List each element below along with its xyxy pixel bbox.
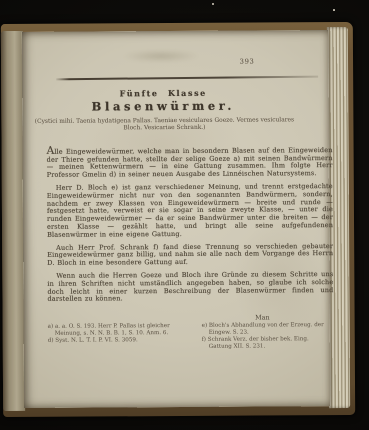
page-number: 393: [227, 57, 267, 65]
page-surface: 393 Fünfte Klasse Blasenwürmer. (Cystici…: [22, 30, 330, 408]
body-text: Alle Eingeweidewürmer, welche man in bes…: [47, 146, 334, 309]
footnote-block: a) a. a. O. S. 193. Herr P. Pallas ist g…: [48, 322, 328, 352]
synonymy-citation: (Cystici mihi. Taenia hydatigena Pallas.…: [32, 117, 296, 133]
open-book: 393 Fünfte Klasse Blasenwürmer. (Cystici…: [1, 22, 355, 417]
footnote-entry: d) Syst. N. L. T. I. P. VI. S. 3059.: [48, 337, 195, 345]
body-paragraph: Wenn auch die Herren Goeze und Bloch ihr…: [47, 271, 333, 304]
faded-ink-smudge: [122, 50, 200, 62]
book-photo-scan: 393 Fünfte Klasse Blasenwürmer. (Cystici…: [0, 0, 369, 430]
catchword: Man: [48, 313, 270, 322]
body-paragraph: Alle Eingeweidewürmer, welche man in bes…: [47, 146, 333, 180]
body-paragraph: Herr D. Bloch e) ist ganz verschiedener …: [47, 183, 333, 239]
footnote-entry: a) a. a. O. S. 193. Herr P. Pallas ist g…: [48, 323, 195, 338]
chapter-title: Blasenwürmer.: [22, 98, 304, 114]
header-rule: [56, 76, 318, 80]
footnote-column-right: e) Bloch's Abhandlung von der Erzeug. de…: [202, 322, 328, 351]
footnote-entry: f) Schrank Verz. der bisher bek. Eing. G…: [202, 336, 328, 351]
dust-speck: [212, 3, 214, 5]
footnote-column-left: a) a. a. O. S. 193. Herr P. Pallas ist g…: [48, 323, 195, 353]
footnote-entry: e) Bloch's Abhandlung von der Erzeug. de…: [202, 322, 328, 337]
class-heading: Fünfte Klasse: [22, 87, 304, 99]
body-paragraph: Auch Herr Prof. Schrank f) fand diese Tr…: [47, 243, 333, 268]
dust-speck: [333, 9, 335, 11]
